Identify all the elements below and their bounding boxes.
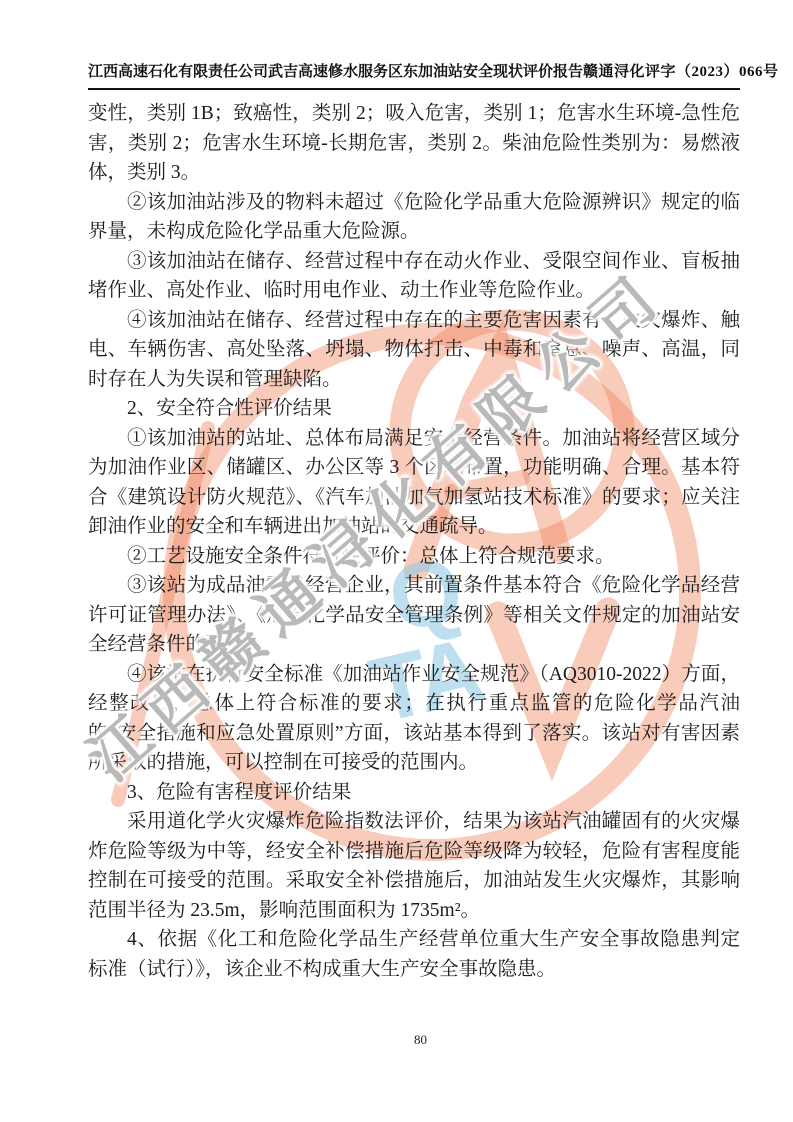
header-divider (88, 88, 740, 90)
document-number: 赣通浔化评字（2023）066号 (583, 60, 779, 81)
heading-safety-conformity-result: 2、安全符合性评价结果 (88, 394, 740, 424)
paragraph-site-layout: ①该加油站的站址、总体布局满足安全经营条件。加油站将经营区域分为加油作业区、储罐… (88, 424, 740, 542)
report-title: 江西高速石化有限责任公司武吉高速修水服务区东加油站安全现状评价报告 (88, 60, 583, 81)
document-page: Q TA 江西高速石化有限责任公司武吉高速修水服务区东加油站安全现状评价报告 赣… (0, 0, 793, 1122)
page-footer: 80 (0, 1032, 793, 1048)
paragraph-dangerous-operations: ③该加油站在储存、经营过程中存在动火作业、受限空间作业、盲板抽堵作业、高处作业、… (88, 247, 740, 306)
heading-hazard-degree-result: 3、危险有害程度评价结果 (88, 778, 740, 808)
paragraph-hazard-classes: 变性，类别 1B；致癌性，类别 2；吸入危害，类别 1；危害水生环境-急性危害，… (88, 99, 740, 188)
paragraph-dow-index-evaluation: 采用道化学火灾爆炸危险指数法评价，结果为该站汽油罐固有的火灾爆炸危险等级为中等，… (88, 807, 740, 925)
paragraph-license-conditions: ③该站为成品油零售经营企业，其前置条件基本符合《危险化学品经营许可证管理办法》、… (88, 571, 740, 660)
page-number: 80 (414, 1032, 427, 1047)
paragraph-major-hazard-source: ②该加油站涉及的物料未超过《危险化学品重大危险源辨识》规定的临界量，未构成危险化… (88, 188, 740, 247)
paragraph-process-facilities: ②工艺设施安全条件符合性评价：总体上符合规范要求。 (88, 542, 740, 572)
page-header: 江西高速石化有限责任公司武吉高速修水服务区东加油站安全现状评价报告 赣通浔化评字… (88, 60, 740, 81)
paragraph-major-accident-hidden-danger: 4、依据《化工和危险化学品生产经营单位重大生产安全事故隐患判定标准（试行）》，该… (88, 925, 740, 984)
paragraph-main-hazard-factors: ④该加油站在储存、经营过程中存在的主要危害因素有：火灾爆炸、触电、车辆伤害、高处… (88, 306, 740, 395)
report-body: 变性，类别 1B；致癌性，类别 2；吸入危害，类别 1；危害水生环境-急性危害，… (88, 99, 740, 984)
paragraph-standard-execution: ④该站在执行安全标准《加油站作业安全规范》（AQ3010-2022）方面，经整改… (88, 660, 740, 778)
